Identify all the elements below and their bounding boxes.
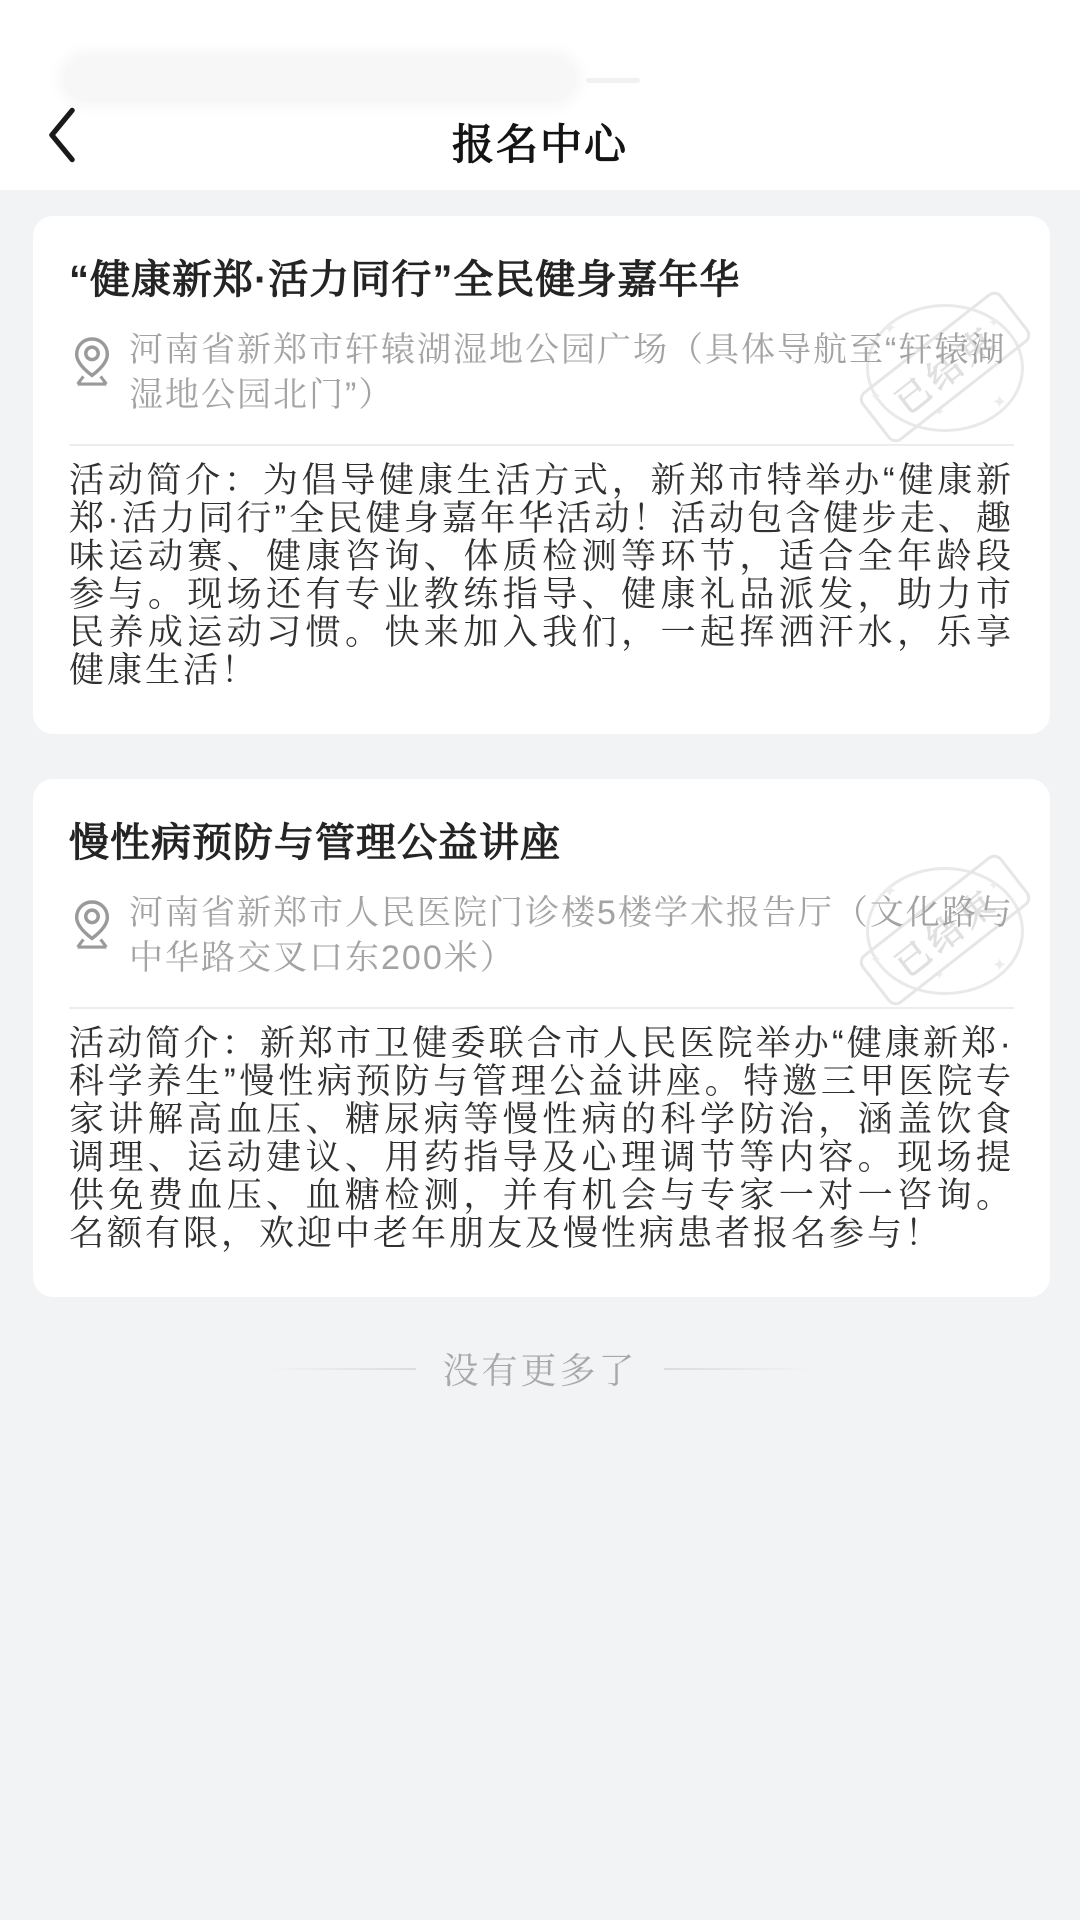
- list-end-indicator: 没有更多了: [0, 1343, 1080, 1394]
- divider: [69, 1007, 1014, 1009]
- location-pin-icon: [69, 897, 115, 958]
- location-pin-icon: [69, 334, 115, 395]
- event-card[interactable]: ✦ ✦ ✦ ✦ ✦ 已结束 “健康新郑·活力同行”全民健身嘉年华 河南省新郑市轩…: [33, 216, 1050, 734]
- blurred-notice-strip: [64, 56, 576, 102]
- event-description: 活动简介：新郑市卫健委联合市人民医院举办“健康新郑·科学养生”慢性病预防与管理公…: [69, 1025, 1014, 1253]
- event-title: 慢性病预防与管理公益讲座: [69, 819, 1014, 867]
- event-location: 河南省新郑市轩辕湖湿地公园广场（具体导航至“轩辕湖湿地公园北门”）: [129, 328, 1014, 418]
- event-description: 活动简介：为倡导健康生活方式，新郑市特举办“健康新郑·活力同行”全民健身嘉年华活…: [69, 462, 1014, 690]
- event-list: ✦ ✦ ✦ ✦ ✦ 已结束 “健康新郑·活力同行”全民健身嘉年华 河南省新郑市轩…: [0, 190, 1080, 1394]
- event-card[interactable]: ✦ ✦ ✦ ✦ ✦ 已结束 慢性病预防与管理公益讲座 河南省新郑市人民医院门诊楼…: [33, 779, 1050, 1297]
- divider: [664, 1368, 814, 1370]
- blurred-notice-dash: [586, 78, 640, 83]
- page-title: 报名中心: [0, 112, 1080, 172]
- event-location-row: 河南省新郑市轩辕湖湿地公园广场（具体导航至“轩辕湖湿地公园北门”）: [69, 328, 1014, 418]
- event-location: 河南省新郑市人民医院门诊楼5楼学术报告厅（文化路与中华路交叉口东200米）: [129, 891, 1014, 981]
- divider: [266, 1368, 416, 1370]
- no-more-label: 没有更多了: [442, 1343, 637, 1394]
- divider: [69, 444, 1014, 446]
- event-title: “健康新郑·活力同行”全民健身嘉年华: [69, 256, 1014, 304]
- navigation-bar: 报名中心: [0, 0, 1080, 190]
- event-location-row: 河南省新郑市人民医院门诊楼5楼学术报告厅（文化路与中华路交叉口东200米）: [69, 891, 1014, 981]
